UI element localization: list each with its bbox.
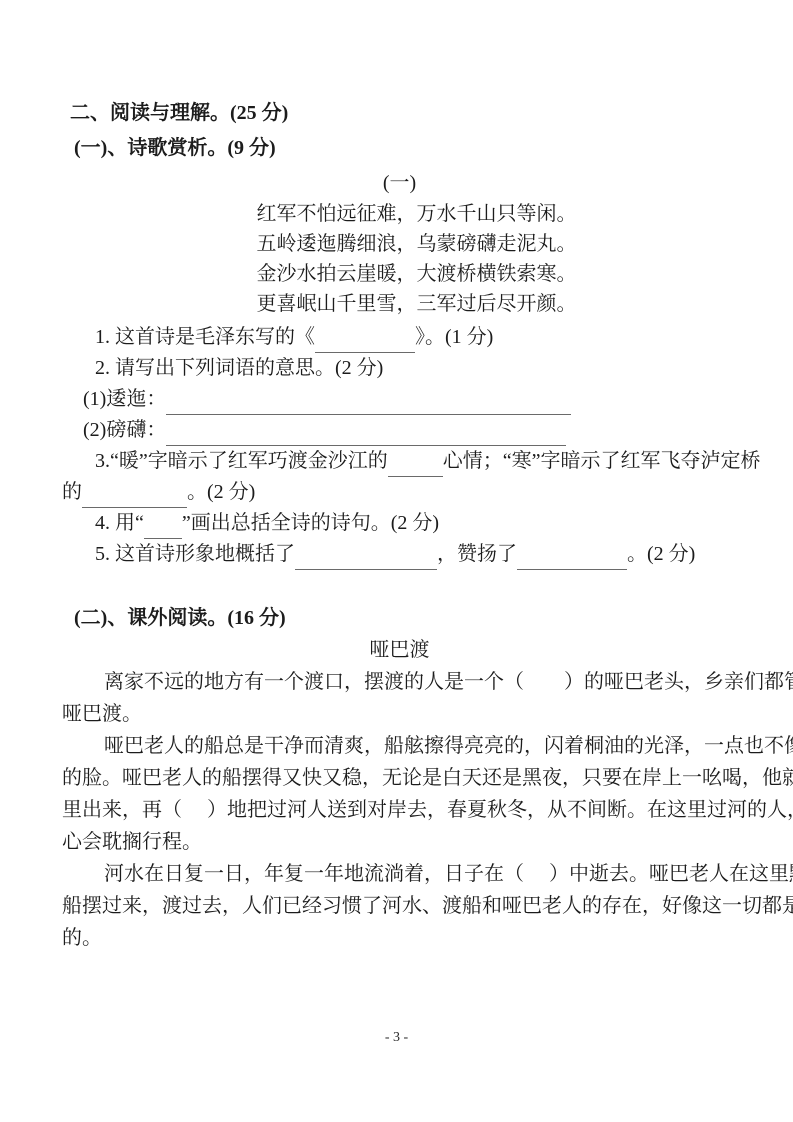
passage-line: 的脸。哑巴老人的船摆得又快又稳，无论是白天还是黑夜，只要在岸上一吆喝，他就会从船… — [62, 762, 737, 794]
poem-line: 红军不怕远征难，万水千山只等闲。 — [96, 199, 737, 229]
question-4-text-a: 4. 用“ — [95, 512, 144, 534]
answer-blank — [144, 516, 182, 539]
question-2-item-1-label: (1)逶迤： — [83, 388, 166, 410]
poetry-subsection-heading: (一)、诗歌赏析。(9 分) — [74, 133, 737, 164]
answer-blank — [82, 485, 187, 508]
passage-paragraph-1: 离家不远的地方有一个渡口，摆渡的人是一个（ ）的哑巴老头，乡亲们都管这儿叫 哑巴… — [62, 666, 737, 730]
question-3-text-d: 。(2 分) — [187, 481, 255, 503]
passage-line: 离家不远的地方有一个渡口，摆渡的人是一个（ ）的哑巴老头，乡亲们都管这儿叫 — [62, 666, 737, 698]
question-3-text-b: 心情；“寒”字暗示了红军飞夺泸定桥 — [443, 450, 761, 472]
answer-blank — [388, 454, 443, 477]
question-4-text-b: ”画出总括全诗的诗句。(2 分) — [182, 512, 439, 534]
passage-line: 船摆过来，渡过去，人们已经习惯了河水、渡船和哑巴老人的存在，好像这一切都是理所当… — [62, 890, 737, 922]
question-5-text-c: 。(2 分) — [627, 543, 695, 565]
question-3-text-c: 的 — [62, 481, 82, 503]
answer-blank — [295, 547, 437, 570]
question-2-stem: 2. 请写出下列词语的意思。(2 分) — [95, 353, 737, 384]
passage-line: 哑巴老人的船总是干净而清爽，船舷擦得亮亮的，闪着桐油的光泽，一点也不像他（ ） — [62, 730, 737, 762]
passage-paragraph-3: 河水在日复一日，年复一年地流淌着，日子在（ ）中逝去。哑巴老人在这里默默地把 船… — [62, 858, 737, 954]
question-5-text-a: 5. 这首诗形象地概括了 — [95, 543, 295, 565]
passage-title: 哑巴渡 — [62, 634, 737, 666]
poem-block: (一) 红军不怕远征难，万水千山只等闲。 五岭逶迤腾细浪，乌蒙磅礴走泥丸。 金沙… — [62, 168, 737, 319]
poem-line: 五岭逶迤腾细浪，乌蒙磅礴走泥丸。 — [96, 229, 737, 259]
answer-blank — [517, 547, 627, 570]
question-2-item-2-label: (2)磅礴： — [83, 419, 166, 441]
poem-number-title: (一) — [62, 168, 737, 199]
poem-line: 更喜岷山千里雪，三军过后尽开颜。 — [96, 289, 737, 319]
answer-blank — [315, 330, 415, 353]
question-3-text-a: 3.“暖”字暗示了红军巧渡金沙江的 — [95, 450, 388, 472]
question-5-text-b: ，赞扬了 — [437, 543, 517, 565]
passage-line: 哑巴渡。 — [62, 698, 737, 730]
question-2-item-2: (2)磅礴： — [83, 415, 737, 446]
question-4: 4. 用“”画出总括全诗的诗句。(2 分) — [95, 508, 737, 539]
passage-line: 里出来，再（ ）地把过河人送到对岸去，春夏秋冬，从不间断。在这里过河的人，不用担 — [62, 794, 737, 826]
question-3-line-2: 的。(2 分) — [62, 477, 737, 508]
question-1: 1. 这首诗是毛泽东写的《》。(1 分) — [95, 322, 737, 353]
poem-line: 金沙水拍云崖暖，大渡桥横铁索寒。 — [96, 259, 737, 289]
page-number: - 3 - — [0, 1030, 793, 1046]
exam-paper-page: 二、阅读与理解。(25 分) (一)、诗歌赏析。(9 分) (一) 红军不怕远征… — [0, 0, 793, 1122]
question-3-line-1: 3.“暖”字暗示了红军巧渡金沙江的心情；“寒”字暗示了红军飞夺泸定桥 — [95, 446, 737, 477]
passage-line: 的。 — [62, 922, 737, 954]
question-5: 5. 这首诗形象地概括了，赞扬了。(2 分) — [95, 539, 737, 570]
question-2-item-1: (1)逶迤： — [83, 384, 737, 415]
question-1-text: 1. 这首诗是毛泽东写的《 — [95, 326, 315, 348]
answer-blank — [166, 392, 571, 415]
extracurricular-subsection-heading: (二)、课外阅读。(16 分) — [74, 603, 737, 634]
passage-paragraph-2: 哑巴老人的船总是干净而清爽，船舷擦得亮亮的，闪着桐油的光泽，一点也不像他（ ） … — [62, 730, 737, 858]
section-heading: 二、阅读与理解。(25 分) — [70, 98, 737, 129]
passage-line: 河水在日复一日，年复一年地流淌着，日子在（ ）中逝去。哑巴老人在这里默默地把 — [62, 858, 737, 890]
answer-blank — [166, 423, 566, 446]
passage-line: 心会耽搁行程。 — [62, 826, 737, 858]
question-1-text-end: 》。(1 分) — [415, 326, 493, 348]
page-content: 二、阅读与理解。(25 分) (一)、诗歌赏析。(9 分) (一) 红军不怕远征… — [0, 0, 793, 954]
